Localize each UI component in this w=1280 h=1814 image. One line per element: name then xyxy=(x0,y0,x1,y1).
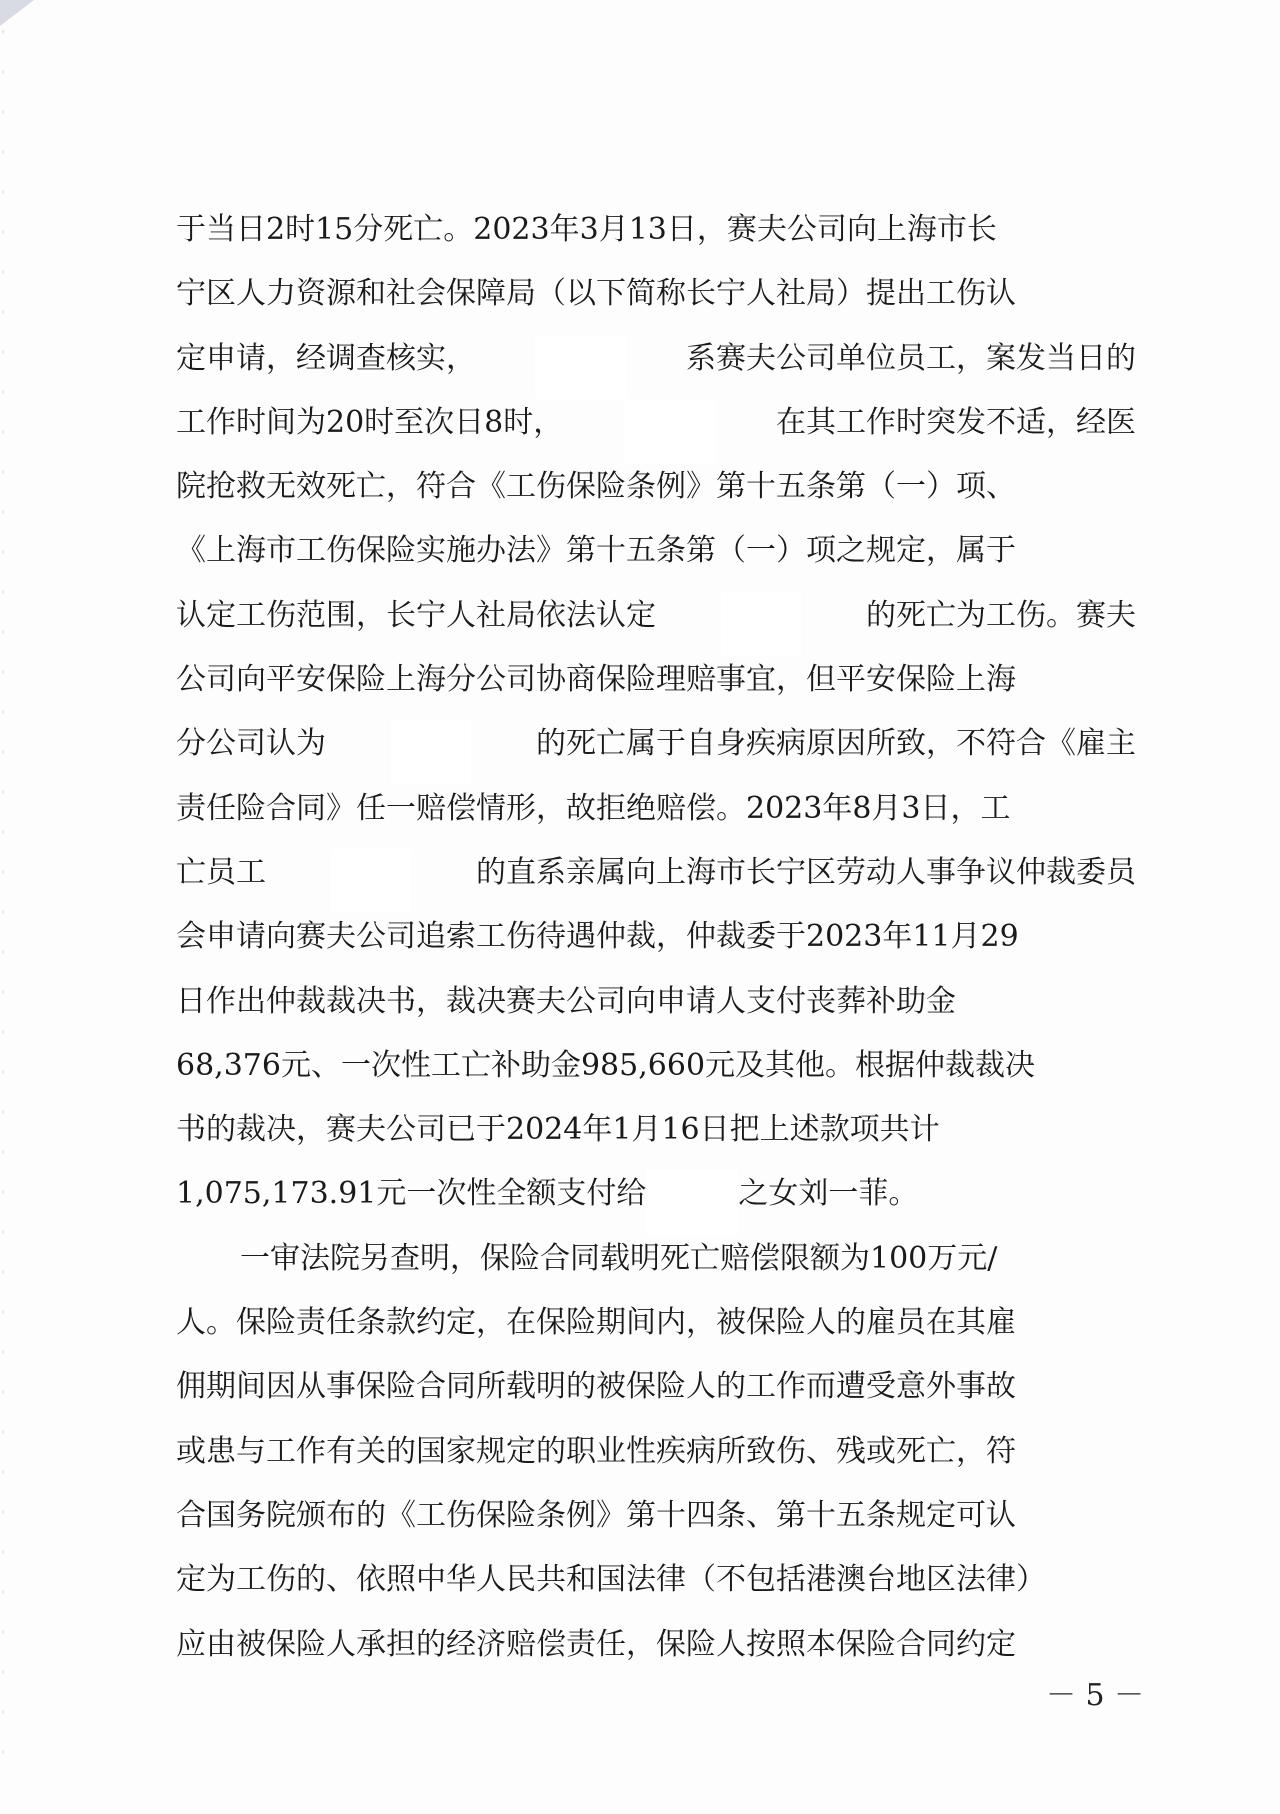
text-line: 1,075,173.91元一次性全额支付给 之女刘一菲。 xyxy=(176,1170,1136,1234)
text-segment: 于当日2时15分死亡。2023年3月13日，赛夫公司向上海市长 xyxy=(176,206,997,270)
text-segment: 一审法院另查明，保险合同载明死亡赔偿限额为100万元/ xyxy=(240,1235,997,1299)
scan-edge-marks xyxy=(2,30,4,1790)
document-page: 于当日2时15分死亡。2023年3月13日，赛夫公司向上海市长 宁区人力资源和社… xyxy=(0,0,1280,1814)
text-segment: 《上海市工伤保险实施办法》第十五条第（一）项之规定，属于 xyxy=(176,527,1016,591)
redacted-name xyxy=(535,335,627,399)
text-segment: 分公司认为 xyxy=(176,720,326,784)
text-segment: 亡员工 xyxy=(176,849,266,913)
redacted-name xyxy=(391,720,471,784)
text-segment: 会申请向赛夫公司追索工伤待遇仲裁，仲裁委于2023年11月29 xyxy=(176,913,1019,977)
text-segment: 的死亡属于自身疾病原因所致，不符合《雇主 xyxy=(536,720,1136,784)
text-line: 佣期间因从事保险合同所载明的被保险人的工作而遭受意外事故 xyxy=(176,1363,1136,1427)
text-line: 68,376元、一次性工亡补助金985,660元及其他。根据仲裁裁决 xyxy=(176,1042,1136,1106)
text-line: 亡员工 的直系亲属向上海市长宁区劳动人事争议仲裁委员 xyxy=(176,849,1136,913)
text-segment: 认定工伤范围，长宁人社局依法认定 xyxy=(176,592,656,656)
text-line: 公司向平安保险上海分公司协商保险理赔事宜，但平安保险上海 xyxy=(176,656,1136,720)
text-line: 人。保险责任条款约定，在保险期间内，被保险人的雇员在其雇 xyxy=(176,1299,1136,1363)
text-segment: 定申请，经调查核实， xyxy=(176,335,476,399)
text-segment: 人。保险责任条款约定，在保险期间内，被保险人的雇员在其雇 xyxy=(176,1299,1016,1363)
text-line: 或患与工作有关的国家规定的职业性疾病所致伤、残或死亡，符 xyxy=(176,1428,1136,1492)
text-line: 于当日2时15分死亡。2023年3月13日，赛夫公司向上海市长 xyxy=(176,206,1136,270)
text-line: 宁区人力资源和社会保障局（以下简称长宁人社局）提出工伤认 xyxy=(176,270,1136,334)
text-segment: 的死亡为工伤。赛夫 xyxy=(866,592,1136,656)
text-segment: 1,075,173.91元一次性全额支付给 xyxy=(176,1170,646,1234)
text-segment: 书的裁决，赛夫公司已于2024年1月16日把上述款项共计 xyxy=(176,1106,940,1170)
redacted-name xyxy=(624,399,716,463)
text-segment: 佣期间因从事保险合同所载明的被保险人的工作而遭受意外事故 xyxy=(176,1363,1016,1427)
page-number: － 5 － xyxy=(1046,1676,1144,1716)
text-line: 定申请，经调查核实， 系赛夫公司单位员工，案发当日的 xyxy=(176,335,1136,399)
paragraph-start-line: 一审法院另查明，保险合同载明死亡赔偿限额为100万元/ xyxy=(176,1235,1136,1299)
redacted-name xyxy=(721,592,801,656)
text-line: 责任险合同》任一赔偿情形，故拒绝赔偿。2023年8月3日，工 xyxy=(176,785,1136,849)
text-line: 工作时间为20时至次日8时， 在其工作时突发不适，经医 xyxy=(176,399,1136,463)
text-segment: 68,376元、一次性工亡补助金985,660元及其他。根据仲裁裁决 xyxy=(176,1042,1035,1106)
text-segment: 在其工作时突发不适，经医 xyxy=(776,399,1136,463)
text-segment: 公司向平安保险上海分公司协商保险理赔事宜，但平安保险上海 xyxy=(176,656,1016,720)
text-line: 院抢救无效死亡，符合《工伤保险条例》第十五条第（一）项、 xyxy=(176,463,1136,527)
text-line: 日作出仲裁裁决书，裁决赛夫公司向申请人支付丧葬补助金 xyxy=(176,978,1136,1042)
text-segment: 工作时间为20时至次日8时， xyxy=(176,399,563,463)
redacted-name xyxy=(331,849,411,913)
text-segment: 或患与工作有关的国家规定的职业性疾病所致伤、残或死亡，符 xyxy=(176,1428,1016,1492)
page-corner-fold xyxy=(0,0,34,26)
text-segment: 责任险合同》任一赔偿情形，故拒绝赔偿。2023年8月3日，工 xyxy=(176,785,1011,849)
text-segment: 之女刘一菲。 xyxy=(738,1170,918,1234)
text-line: 合国务院颁布的《工伤保险条例》第十四条、第十五条规定可认 xyxy=(176,1492,1136,1556)
text-line: 《上海市工伤保险实施办法》第十五条第（一）项之规定，属于 xyxy=(176,527,1136,591)
text-segment: 院抢救无效死亡，符合《工伤保险条例》第十五条第（一）项、 xyxy=(176,463,1016,527)
text-segment: 系赛夫公司单位员工，案发当日的 xyxy=(686,335,1136,399)
text-line: 认定工伤范围，长宁人社局依法认定 的死亡为工伤。赛夫 xyxy=(176,592,1136,656)
text-segment: 定为工伤的、依照中华人民共和国法律（不包括港澳台地区法律） xyxy=(176,1556,1046,1620)
text-line: 应由被保险人承担的经济赔偿责任，保险人按照本保险合同约定 xyxy=(176,1621,1136,1685)
text-segment: 宁区人力资源和社会保障局（以下简称长宁人社局）提出工伤认 xyxy=(176,270,1016,334)
redacted-name xyxy=(646,1170,738,1234)
text-segment: 应由被保险人承担的经济赔偿责任，保险人按照本保险合同约定 xyxy=(176,1621,1016,1685)
text-line: 会申请向赛夫公司追索工伤待遇仲裁，仲裁委于2023年11月29 xyxy=(176,913,1136,977)
text-line: 定为工伤的、依照中华人民共和国法律（不包括港澳台地区法律） xyxy=(176,1556,1136,1620)
text-line: 分公司认为 的死亡属于自身疾病原因所致，不符合《雇主 xyxy=(176,720,1136,784)
text-segment: 的直系亲属向上海市长宁区劳动人事争议仲裁委员 xyxy=(476,849,1136,913)
text-segment: 日作出仲裁裁决书，裁决赛夫公司向申请人支付丧葬补助金 xyxy=(176,978,956,1042)
text-line: 书的裁决，赛夫公司已于2024年1月16日把上述款项共计 xyxy=(176,1106,1136,1170)
text-segment: 合国务院颁布的《工伤保险条例》第十四条、第十五条规定可认 xyxy=(176,1492,1016,1556)
document-body: 于当日2时15分死亡。2023年3月13日，赛夫公司向上海市长 宁区人力资源和社… xyxy=(176,206,1136,1685)
